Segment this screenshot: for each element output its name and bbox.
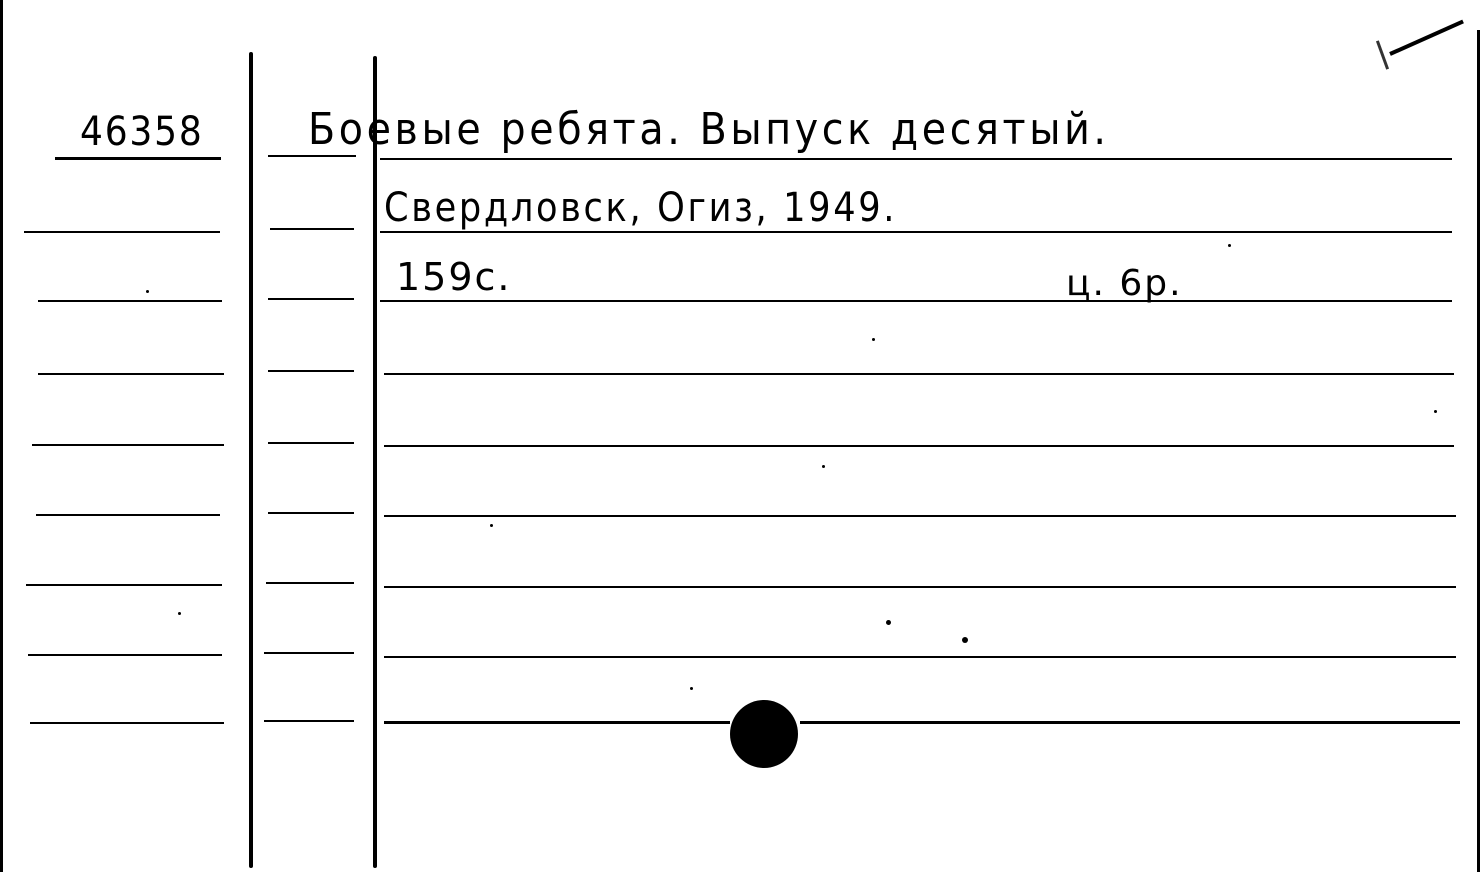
scan-speck [1228, 244, 1231, 247]
scan-speck [178, 612, 181, 615]
margin-rule-2 [373, 56, 377, 868]
punch-hole [730, 700, 798, 768]
ruled-line [380, 158, 1452, 160]
ruled-line [268, 442, 354, 444]
ruled-line [26, 584, 222, 586]
ruled-line [380, 231, 1452, 233]
scan-speck [690, 687, 693, 690]
page-count: 159с. [396, 258, 512, 296]
ruled-line [800, 721, 1460, 724]
ruled-line [38, 300, 222, 302]
price: ц. 6р. [1066, 266, 1183, 302]
ruled-line [36, 514, 220, 516]
scan-speck [822, 465, 825, 468]
ruled-line [32, 444, 224, 446]
ruled-line [384, 656, 1456, 658]
publication-info: Свердловск, Огиз, 1949. [384, 188, 897, 228]
ruled-line [268, 370, 354, 372]
ruled-line [384, 586, 1456, 588]
ruled-line [268, 512, 354, 514]
book-title: Боевые ребята. Выпуск десятый. [308, 108, 1110, 152]
ruled-line [38, 373, 224, 375]
ruled-line [264, 720, 354, 722]
scan-speck [1434, 410, 1437, 413]
scan-speck [146, 290, 149, 293]
ruled-line [264, 652, 354, 654]
scan-speck [872, 338, 875, 341]
ruled-line [266, 582, 354, 584]
scan-speck [886, 620, 891, 625]
check-mark-icon [1376, 40, 1389, 69]
margin-rule-1 [249, 52, 253, 868]
ruled-line [30, 722, 224, 724]
ruled-line [380, 300, 1452, 302]
inventory-number: 46358 [80, 112, 204, 152]
ruled-line [268, 155, 356, 157]
catalog-card: 46358 Боевые ребята. Выпуск десятый. Све… [0, 0, 1480, 872]
ruled-line [384, 721, 730, 724]
ruled-line [28, 654, 222, 656]
ruled-line [55, 157, 221, 160]
ruled-line [24, 231, 220, 233]
scan-speck [490, 524, 493, 527]
scan-speck [962, 637, 968, 643]
ruled-line [384, 515, 1456, 517]
card-left-edge [0, 0, 3, 872]
ruled-line [270, 228, 354, 230]
ruled-line [384, 445, 1454, 447]
corner-stroke [1389, 20, 1464, 56]
ruled-line [384, 373, 1454, 375]
ruled-line [268, 298, 354, 300]
